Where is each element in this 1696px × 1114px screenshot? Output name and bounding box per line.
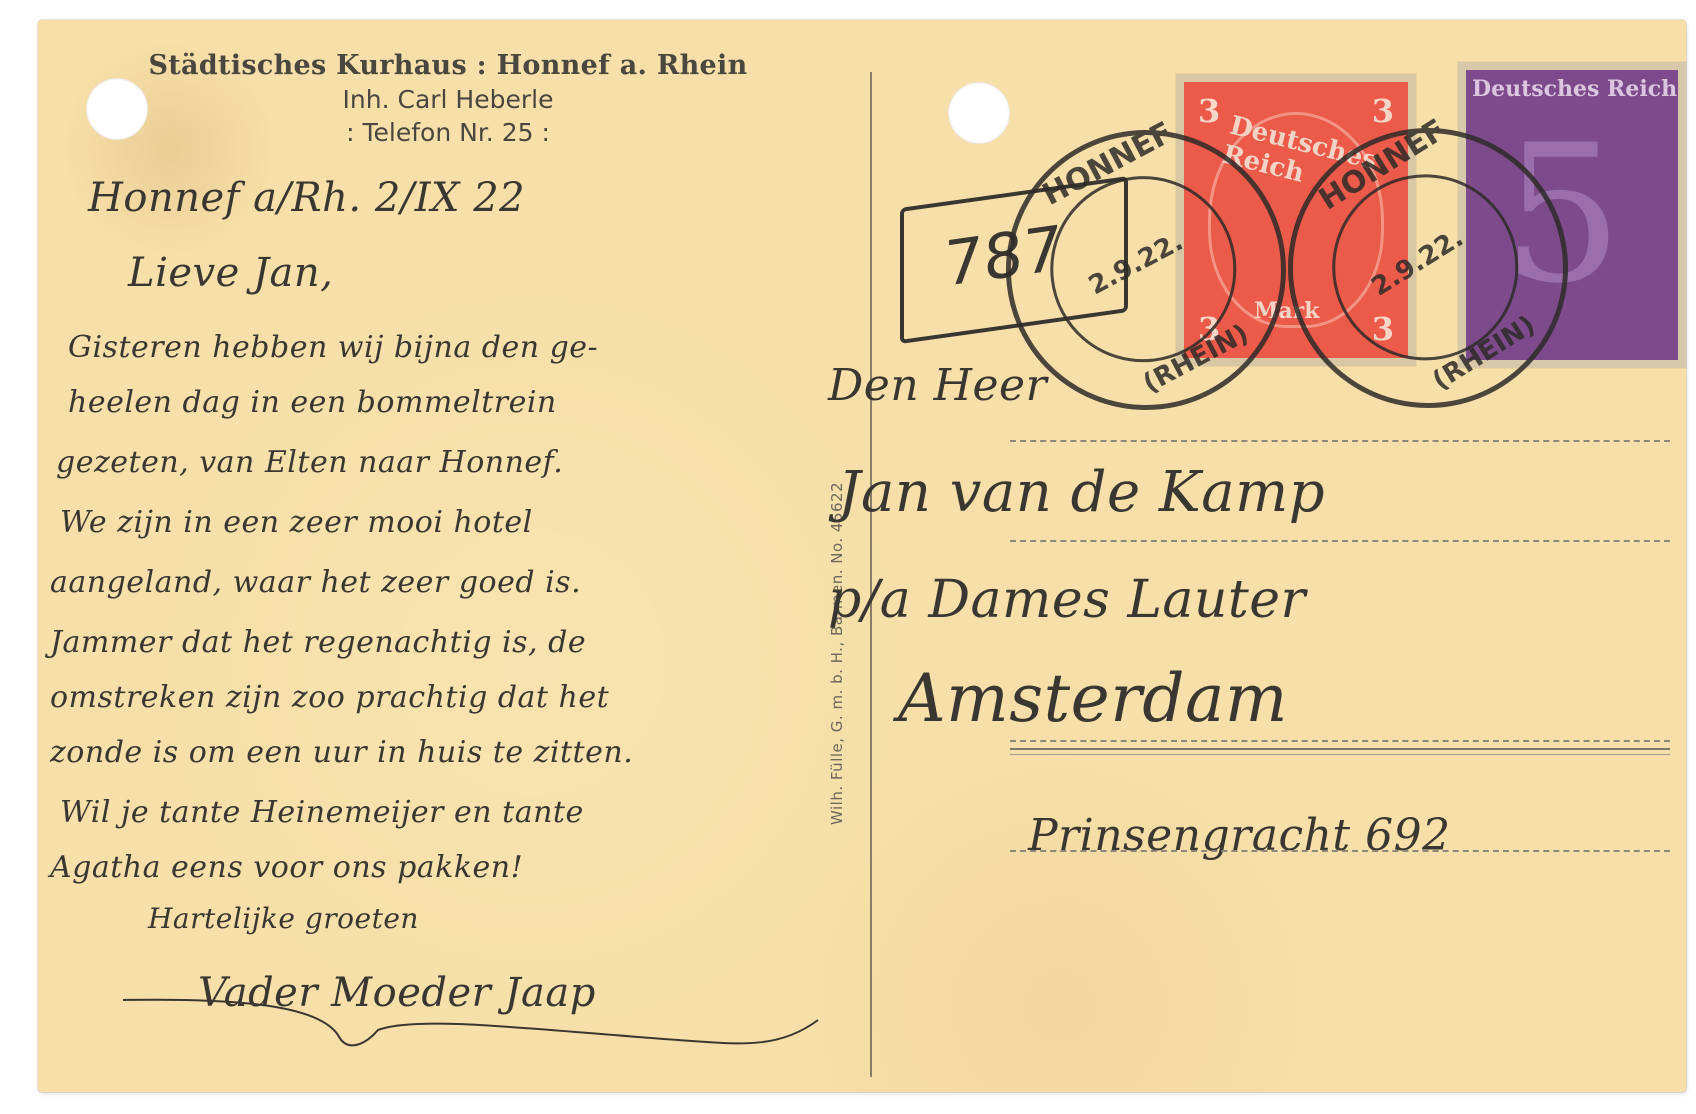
address-line-3: p/a Dames Lauter (828, 570, 1306, 630)
postcard: Städtisches Kurhaus : Honnef a. Rhein In… (38, 20, 1686, 1092)
address-rule (1010, 540, 1670, 542)
address-line-5: Prinsengracht 692 (1028, 810, 1451, 861)
message-line: Agatha eens voor ons pakken! (50, 850, 523, 885)
address-rule (1010, 740, 1670, 742)
letterhead: Städtisches Kurhaus : Honnef a. Rhein In… (128, 50, 768, 147)
message-line: omstreken zijn zoo prachtig dat het (50, 680, 609, 715)
stamp-country: Deutsches Reich (1472, 76, 1677, 102)
message-line: We zijn in een zeer mooi hotel (60, 505, 533, 540)
stamp-denomination: 3 (1372, 92, 1394, 130)
stamp-denomination: 3 (1198, 92, 1220, 130)
letterhead-phone: : Telefon Nr. 25 : (128, 118, 768, 147)
address-line-1: Den Heer (828, 360, 1047, 411)
message-line: heelen dag in een bommeltrein (68, 385, 557, 420)
message-line: zonde is om een uur in huis te zitten. (50, 735, 633, 770)
message-line: Jammer dat het regenachtig is, de (50, 625, 586, 660)
message-line: Wil je tante Heinemeijer en tante (60, 795, 584, 830)
message-line: Gisteren hebben wij bijna den ge- (68, 330, 598, 365)
salutation: Lieve Jan, (128, 250, 333, 296)
place-date: Honnef a/Rh. 2/IX 22 (88, 175, 525, 221)
signature-flourish (118, 980, 838, 1060)
message-line: gezeten, van Elten naar Honnef. (56, 445, 563, 480)
message-line: aangeland, waar het zeer goed is. (50, 565, 581, 600)
address-rule (1010, 850, 1670, 852)
punch-hole-right (948, 82, 1010, 144)
letterhead-title: Städtisches Kurhaus : Honnef a. Rhein (128, 50, 768, 81)
address-line-2: Jan van de Kamp (838, 460, 1325, 525)
address-rule-double (1010, 748, 1670, 755)
closing: Hartelijke groeten (148, 902, 419, 935)
address-rule (1010, 440, 1670, 442)
address-line-4: Amsterdam (898, 660, 1288, 737)
letterhead-proprietor: Inh. Carl Heberle (128, 85, 768, 114)
printer-imprint: Wilh. Fülle, G. m. b. H., Barmen. No. 45… (828, 482, 846, 825)
